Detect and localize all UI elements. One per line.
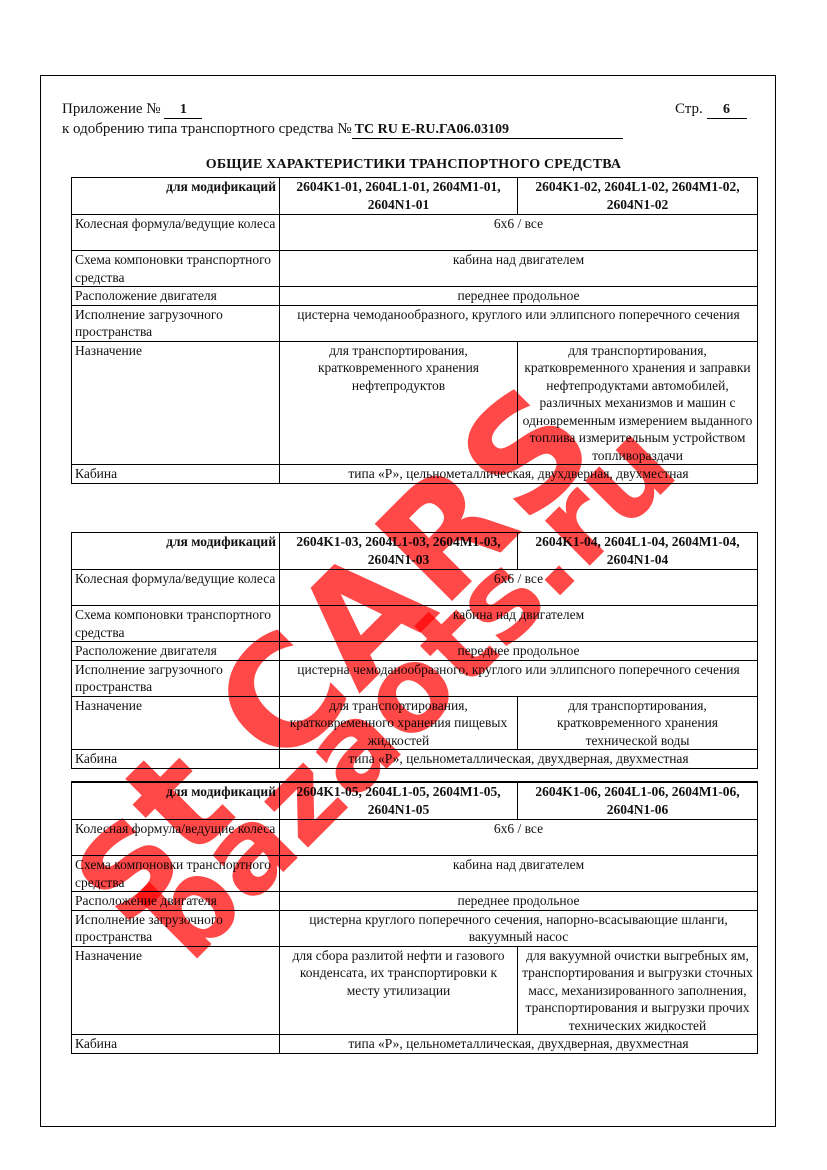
page-line: Стр. 6 (675, 101, 747, 119)
table-row: Исполнение загрузочного пространства цис… (72, 305, 758, 341)
approval-label: к одобрению типа транспортного средства … (62, 121, 352, 137)
modifications-label: для модификаций (72, 782, 280, 820)
appendix-label: Приложение № (62, 101, 161, 117)
appendix-line: Приложение № 1 (62, 101, 202, 119)
wheel-formula-label: Колесная формула/ведущие колеса (72, 820, 280, 856)
engine-position-value: переднее продольное (280, 642, 758, 661)
cargo-space-value: цистерна чемоданообразного, круглого или… (280, 305, 758, 341)
cabin-label: Кабина (72, 465, 280, 484)
wheel-formula-value: 6x6 / все (280, 215, 758, 251)
cabin-value: типа «Р», цельнометаллическая, двухдверн… (280, 750, 758, 769)
table-row: для модификаций 2604K1-05, 2604L1-05, 26… (72, 782, 758, 820)
table-row: Схема компоновки транспортного средства … (72, 856, 758, 892)
layout-value: кабина над двигателем (280, 856, 758, 892)
purpose-b: для вакуумной очистки выгребных ям, тран… (518, 946, 758, 1035)
cabin-label: Кабина (72, 750, 280, 769)
wheel-formula-label: Колесная формула/ведущие колеса (72, 215, 280, 251)
appendix-number: 1 (164, 102, 202, 119)
spec-table: для модификаций 2604K1-01, 2604L1-01, 26… (71, 177, 758, 484)
cabin-label: Кабина (72, 1035, 280, 1054)
wheel-formula-value: 6x6 / все (280, 570, 758, 606)
table-row: Назначение для транспортирования, кратко… (72, 696, 758, 750)
cargo-space-label: Исполнение загрузочного пространства (72, 910, 280, 946)
table-row: для модификаций 2604K1-01, 2604L1-01, 26… (72, 178, 758, 215)
cargo-space-label: Исполнение загрузочного пространства (72, 660, 280, 696)
page-label: Стр. (675, 101, 703, 117)
engine-position-value: переднее продольное (280, 287, 758, 306)
table-row: Назначение для сбора разлитой нефти и га… (72, 946, 758, 1035)
purpose-label: Назначение (72, 696, 280, 750)
table-row: Исполнение загрузочного пространства цис… (72, 910, 758, 946)
modifications-label: для модификаций (72, 178, 280, 215)
spec-table: для модификаций 2604K1-05, 2604L1-05, 26… (71, 781, 758, 1054)
approval-number: ТС RU E-RU.ГА06.03109 (352, 122, 623, 139)
engine-position-label: Расположение двигателя (72, 642, 280, 661)
modification-a: 2604K1-03, 2604L1-03, 2604M1-03, 2604N1-… (280, 533, 518, 570)
purpose-label: Назначение (72, 341, 280, 465)
layout-value: кабина над двигателем (280, 251, 758, 287)
engine-position-value: переднее продольное (280, 892, 758, 911)
page-number: 6 (707, 102, 747, 119)
engine-position-label: Расположение двигателя (72, 892, 280, 911)
table-row: Кабина типа «Р», цельнометаллическая, дв… (72, 750, 758, 769)
table-row: Назначение для транспортирования, кратко… (72, 341, 758, 465)
modification-b: 2604K1-02, 2604L1-02, 2604M1-02, 2604N1-… (518, 178, 758, 215)
purpose-b: для транспортирования, кратковременного … (518, 696, 758, 750)
modification-a: 2604K1-05, 2604L1-05, 2604M1-05, 2604N1-… (280, 782, 518, 820)
table-row: Расположение двигателя переднее продольн… (72, 287, 758, 306)
table-row: Колесная формула/ведущие колеса 6x6 / вс… (72, 820, 758, 856)
cabin-value: типа «Р», цельнометаллическая, двухдверн… (280, 465, 758, 484)
layout-value: кабина над двигателем (280, 606, 758, 642)
modification-a: 2604K1-01, 2604L1-01, 2604M1-01, 2604N1-… (280, 178, 518, 215)
cargo-space-label: Исполнение загрузочного пространства (72, 305, 280, 341)
table-row: для модификаций 2604K1-03, 2604L1-03, 26… (72, 533, 758, 570)
layout-label: Схема компоновки транспортного средства (72, 251, 280, 287)
purpose-label: Назначение (72, 946, 280, 1035)
table-row: Колесная формула/ведущие колеса 6x6 / вс… (72, 215, 758, 251)
modification-b: 2604K1-04, 2604L1-04, 2604M1-04, 2604N1-… (518, 533, 758, 570)
layout-label: Схема компоновки транспортного средства (72, 606, 280, 642)
page-title: ОБЩИЕ ХАРАКТЕРИСТИКИ ТРАНСПОРТНОГО СРЕДС… (0, 157, 827, 173)
cargo-space-value: цистерна чемоданообразного, круглого или… (280, 660, 758, 696)
purpose-a: для транспортирования, кратковременного … (280, 696, 518, 750)
purpose-a: для сбора разлитой нефти и газового конд… (280, 946, 518, 1035)
purpose-a: для транспортирования, кратковременного … (280, 341, 518, 465)
layout-label: Схема компоновки транспортного средства (72, 856, 280, 892)
modifications-label: для модификаций (72, 533, 280, 570)
engine-position-label: Расположение двигателя (72, 287, 280, 306)
wheel-formula-value: 6x6 / все (280, 820, 758, 856)
wheel-formula-label: Колесная формула/ведущие колеса (72, 570, 280, 606)
table-row: Кабина типа «Р», цельнометаллическая, дв… (72, 1035, 758, 1054)
modification-b: 2604K1-06, 2604L1-06, 2604M1-06, 2604N1-… (518, 782, 758, 820)
purpose-b: для транспортирования, кратковременного … (518, 341, 758, 465)
approval-line: к одобрению типа транспортного средства … (62, 121, 623, 139)
spec-table: для модификаций 2604K1-03, 2604L1-03, 26… (71, 532, 758, 769)
table-row: Схема компоновки транспортного средства … (72, 251, 758, 287)
table-row: Кабина типа «Р», цельнометаллическая, дв… (72, 465, 758, 484)
cabin-value: типа «Р», цельнометаллическая, двухдверн… (280, 1035, 758, 1054)
table-row: Колесная формула/ведущие колеса 6x6 / вс… (72, 570, 758, 606)
table-row: Расположение двигателя переднее продольн… (72, 642, 758, 661)
table-row: Расположение двигателя переднее продольн… (72, 892, 758, 911)
table-row: Исполнение загрузочного пространства цис… (72, 660, 758, 696)
cargo-space-value: цистерна круглого поперечного сечения, н… (280, 910, 758, 946)
table-row: Схема компоновки транспортного средства … (72, 606, 758, 642)
